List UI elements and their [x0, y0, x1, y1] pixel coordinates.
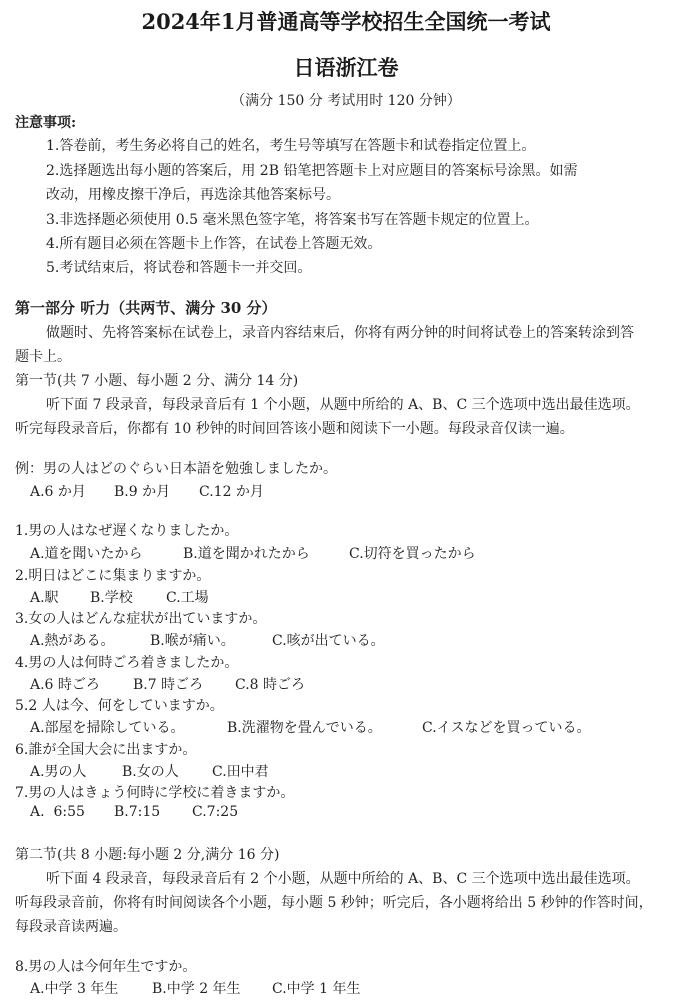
option-b: B.中学 2 年生: [152, 978, 272, 998]
notes-item-3: 3.非选择题必须使用 0.5 毫米黑色签字笔，将答案书写在答题卡规定的位置上。: [46, 209, 539, 229]
question-5-options: A.部屋を掃除している。B.洗濯物を畳んでいる。C.イスなどを買っている。: [30, 717, 591, 737]
example-question: 例：男の人はどのぐらい日本語を勉強しましたか。: [15, 458, 337, 478]
part1-intro-cont: 题卡上。: [15, 346, 71, 366]
notes-item-2-cont: 改动，用橡皮擦干净后，再选涂其他答案标号。: [46, 184, 340, 204]
question-3: 3.女の人はどんな症状が出ていますか。: [15, 608, 266, 628]
example-options: A.6 か月B.9 か月C.12 か月: [30, 481, 264, 501]
question-6: 6.誰が全国大会に出ますか。: [15, 739, 196, 759]
section2-instructions-cont: 听每段录音前，你将有时间阅读各个小题，每小题 5 秒钟；听完后，各小题将给出 5…: [15, 892, 653, 912]
question-2: 2.明日はどこに集まりますか。: [15, 565, 210, 585]
option-b: B.洗濯物を畳んでいる。: [227, 717, 422, 737]
option-b: B.7:15: [114, 804, 192, 820]
page-subtitle: 日语浙江卷: [0, 52, 692, 82]
part1-intro: 做题时、先将答案标在试卷上，录音内容结束后，你将有两分钟的时间将试卷上的答案转涂…: [46, 322, 634, 342]
page-title: 2024年1月普通高等学校招生全国统一考试: [0, 6, 692, 36]
section2-instructions-cont2: 每段录音读两遍。: [15, 916, 127, 936]
option-a: A.熱がある。: [30, 630, 150, 650]
option-b: B.喉が痛い。: [150, 630, 272, 650]
notes-item-1: 1.答卷前，考生务必将自己的姓名，考生号等填写在答题卡和试卷指定位置上。: [46, 135, 535, 155]
question-8: 8.男の人は今何年生ですか。: [15, 956, 196, 976]
question-7-options: A. 6:55B.7:15C.7:25: [30, 804, 238, 820]
option-c: C.中学 1 年生: [272, 978, 360, 998]
question-1-options: A.道を聞いたからB.道を聞かれたからC.切符を買ったから: [30, 543, 476, 563]
question-1: 1.男の人はなぜ遅くなりましたか。: [15, 520, 238, 540]
notes-item-5: 5.考试结束后，将试卷和答题卡一并交回。: [46, 257, 311, 277]
option-c: C.切符を買ったから: [349, 543, 476, 563]
question-3-options: A.熱がある。B.喉が痛い。C.咳が出ている。: [30, 630, 385, 650]
notes-item-2: 2.选择题选出每小题的答案后，用 2B 铅笔把答题卡上对应题目的答案标号涂黑。如…: [46, 160, 577, 180]
question-4: 4.男の人は何時ごろ着きましたか。: [15, 652, 238, 672]
option-c: C.イスなどを買っている。: [422, 717, 591, 737]
question-7: 7.男の人はきょう何時に学校に着きますか。: [15, 782, 294, 802]
section1-instructions: 听下面 7 段录音，每段录音后有 1 个小题，从题中所给的 A、B、C 三个选项…: [46, 394, 640, 414]
option-b: B.学校: [90, 587, 166, 607]
option-a: A.男の人: [30, 761, 122, 781]
question-2-options: A.駅B.学校C.工場: [30, 587, 209, 607]
option-c: C.工場: [166, 587, 209, 607]
notes-heading: 注意事项:: [15, 112, 76, 132]
option-c: C.7:25: [192, 804, 238, 820]
exam-meta: （满分 150 分 考试用时 120 分钟）: [0, 90, 692, 110]
option-c: C.8 時ごろ: [235, 674, 305, 694]
option-c: C.12 か月: [199, 481, 264, 501]
section1-instructions-cont: 听完每段录音后，你都有 10 秒钟的时间回答该小题和阅读下一小题。每段录音仅读一…: [15, 418, 574, 438]
section2-heading: 第二节(共 8 小题:每小题 2 分,满分 16 分): [15, 844, 279, 864]
question-4-options: A.6 時ごろB.7 時ごろC.8 時ごろ: [30, 674, 305, 694]
notes-item-4: 4.所有题目必须在答题卡上作答，在试卷上答题无效。: [46, 233, 381, 253]
question-5: 5.2 人は今、何をしていますか。: [15, 695, 224, 715]
option-a: A.6 時ごろ: [30, 674, 133, 694]
option-a: A.部屋を掃除している。: [30, 717, 227, 737]
option-a: A.駅: [30, 587, 90, 607]
option-b: B.9 か月: [114, 481, 199, 501]
option-b: B.7 時ごろ: [133, 674, 235, 694]
option-a: A. 6:55: [30, 804, 114, 820]
option-c: C.田中君: [212, 761, 269, 781]
question-6-options: A.男の人B.女の人C.田中君: [30, 761, 269, 781]
question-8-options: A.中学 3 年生B.中学 2 年生C.中学 1 年生: [30, 978, 360, 998]
option-a: A.中学 3 年生: [30, 978, 152, 998]
section2-instructions: 听下面 4 段录音，每段录音后有 2 个小题，从题中所给的 A、B、C 三个选项…: [46, 868, 640, 888]
part1-heading: 第一部分 听力（共两节、满分 30 分）: [15, 297, 277, 318]
option-c: C.咳が出ている。: [272, 630, 385, 650]
option-a: A.道を聞いたから: [30, 543, 183, 563]
option-a: A.6 か月: [30, 481, 114, 501]
section1-heading: 第一节(共 7 小题、每小题 2 分、满分 14 分): [15, 370, 298, 390]
option-b: B.道を聞かれたから: [183, 543, 349, 563]
option-b: B.女の人: [122, 761, 212, 781]
